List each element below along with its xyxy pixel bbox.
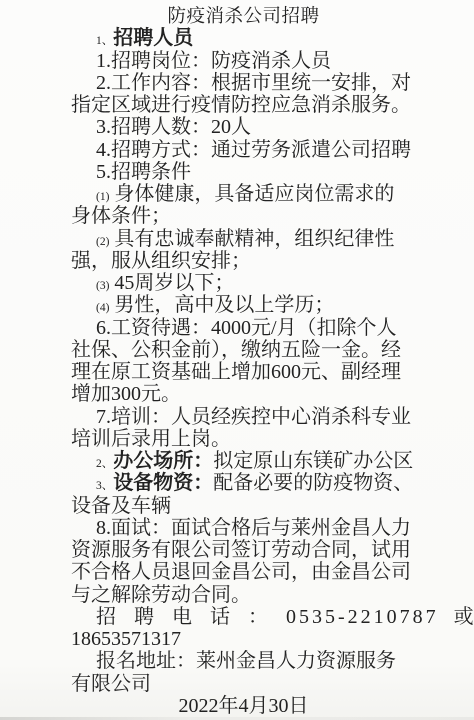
heading-text: 设备物资：: [113, 472, 213, 494]
line-job-position: 1.招聘岗位：防疫消杀人员: [71, 50, 416, 72]
line-job-content-wrap: 指定区域进行疫情防控应急消杀服务。: [71, 94, 416, 116]
list-marker: (2): [96, 236, 109, 248]
text-segment: 有限公司: [71, 673, 151, 695]
text-segment: 5.招聘条件: [96, 161, 191, 183]
line-condition-3: (3) 45周岁以下；: [71, 272, 416, 294]
list-marker: 3、: [96, 480, 113, 492]
heading-text: 办公场所：: [113, 450, 213, 472]
document-page: 防疫消杀公司招聘1、招聘人员1.招聘岗位：防疫消杀人员2.工作内容：根据市里统一…: [0, 0, 474, 720]
text-segment: 8.面试：面试合格后与莱州金昌人力: [96, 517, 411, 539]
text-segment: 资源服务有限公司签订劳动合同，试用: [71, 539, 411, 561]
list-marker: 2、: [96, 458, 113, 470]
text-segment: 报名地址：莱州金昌人力资源服务: [96, 650, 396, 672]
text-segment: 6.工资待遇：4000元/月（扣除个人: [96, 317, 397, 339]
text-segment: 理在原工资基础上增加600元、副经理: [71, 361, 401, 383]
line-condition-1: (1) 身体健康，具备适应岗位需求的: [71, 183, 416, 205]
text-segment: 强，服从组织安排；: [71, 250, 251, 272]
heading-recruit-personnel: 1、招聘人员: [71, 27, 416, 49]
text-segment: 培训后录用上岗。: [71, 428, 231, 450]
text-segment: 3.招聘人数：20人: [96, 116, 251, 138]
text-segment: 男性，高中及以上学历；: [109, 294, 334, 316]
line-interview-wrap-1: 资源服务有限公司签订劳动合同，试用: [71, 539, 416, 561]
text-segment: 具有忠诚奉献精神，组织纪律性: [109, 228, 394, 250]
text-segment: 增加300元。: [71, 383, 181, 405]
text-segment: 7.培训：人员经疾控中心消杀科专业: [96, 406, 411, 428]
line-signup-address: 报名地址：莱州金昌人力资源服务: [71, 650, 416, 672]
phone-line-2: 18653571317: [71, 628, 416, 650]
line-condition-4: (4) 男性，高中及以上学历；: [71, 294, 416, 316]
line-salary-wrap-1: 社保、公积金前），缴纳五险一金。经: [71, 339, 416, 361]
line-salary: 6.工资待遇：4000元/月（扣除个人: [71, 317, 416, 339]
doc-date: 2022年4月30日: [71, 695, 416, 717]
line-interview: 8.面试：面试合格后与莱州金昌人力: [71, 517, 416, 539]
line-condition-2-wrap: 强，服从组织安排；: [71, 250, 416, 272]
list-marker: 1、: [96, 35, 113, 47]
text-segment: 18653571317: [71, 628, 181, 650]
list-marker: (1): [96, 191, 109, 203]
text-segment: 拟定原山东镁矿办公区: [213, 450, 413, 472]
text-segment: 指定区域进行疫情防控应急消杀服务。: [71, 94, 411, 116]
text-segment: 45周岁以下；: [109, 272, 234, 294]
heading-equipment: 3、设备物资：配备必要的防疫物资、: [71, 472, 416, 494]
line-signup-address-wrap: 有限公司: [71, 673, 416, 695]
line-interview-wrap-2: 不合格人员退回金昌公司，由金昌公司: [71, 561, 416, 583]
line-conditions-heading: 5.招聘条件: [71, 161, 416, 183]
line-interview-wrap-3: 与之解除劳动合同。: [71, 584, 416, 606]
phone-line: 招 聘 电 话 ： 0535-2210787 或: [71, 606, 416, 628]
text-segment: 防疫消杀公司招聘: [167, 5, 319, 26]
line-salary-wrap-3: 增加300元。: [71, 383, 416, 405]
text-segment: 2022年4月30日: [179, 695, 309, 717]
text-segment: 不合格人员退回金昌公司，由金昌公司: [71, 561, 411, 583]
line-headcount: 3.招聘人数：20人: [71, 116, 416, 138]
text-segment: 招 聘 电 话 ： 0535-2210787 或: [96, 606, 474, 628]
text-segment: 与之解除劳动合同。: [71, 584, 251, 606]
line-training-wrap: 培训后录用上岗。: [71, 428, 416, 450]
doc-title: 防疫消杀公司招聘: [71, 5, 416, 27]
text-segment: 身体健康，具备适应岗位需求的: [109, 183, 394, 205]
text-segment: 设备及车辆: [71, 495, 171, 517]
text-segment: 身体条件；: [71, 205, 171, 227]
document-body: 防疫消杀公司招聘1、招聘人员1.招聘岗位：防疫消杀人员2.工作内容：根据市里统一…: [71, 5, 416, 717]
line-recruit-method: 4.招聘方式：通过劳务派遣公司招聘: [71, 139, 416, 161]
list-marker: (3): [96, 280, 109, 292]
line-condition-1-wrap: 身体条件；: [71, 205, 416, 227]
heading-office-location: 2、办公场所：拟定原山东镁矿办公区: [71, 450, 416, 472]
text-segment: 1.招聘岗位：防疫消杀人员: [96, 50, 331, 72]
text-segment: 4.招聘方式：通过劳务派遣公司招聘: [96, 139, 411, 161]
line-training: 7.培训：人员经疾控中心消杀科专业: [71, 406, 416, 428]
text-segment: 配备必要的防疫物资、: [213, 472, 413, 494]
text-segment: 2.工作内容：根据市里统一安排，对: [96, 72, 411, 94]
line-salary-wrap-2: 理在原工资基础上增加600元、副经理: [71, 361, 416, 383]
line-condition-2: (2) 具有忠诚奉献精神，组织纪律性: [71, 228, 416, 250]
heading-text: 招聘人员: [113, 27, 193, 49]
line-job-content: 2.工作内容：根据市里统一安排，对: [71, 72, 416, 94]
list-marker: (4): [96, 302, 109, 314]
line-equipment-wrap: 设备及车辆: [71, 495, 416, 517]
text-segment: 社保、公积金前），缴纳五险一金。经: [71, 339, 401, 361]
